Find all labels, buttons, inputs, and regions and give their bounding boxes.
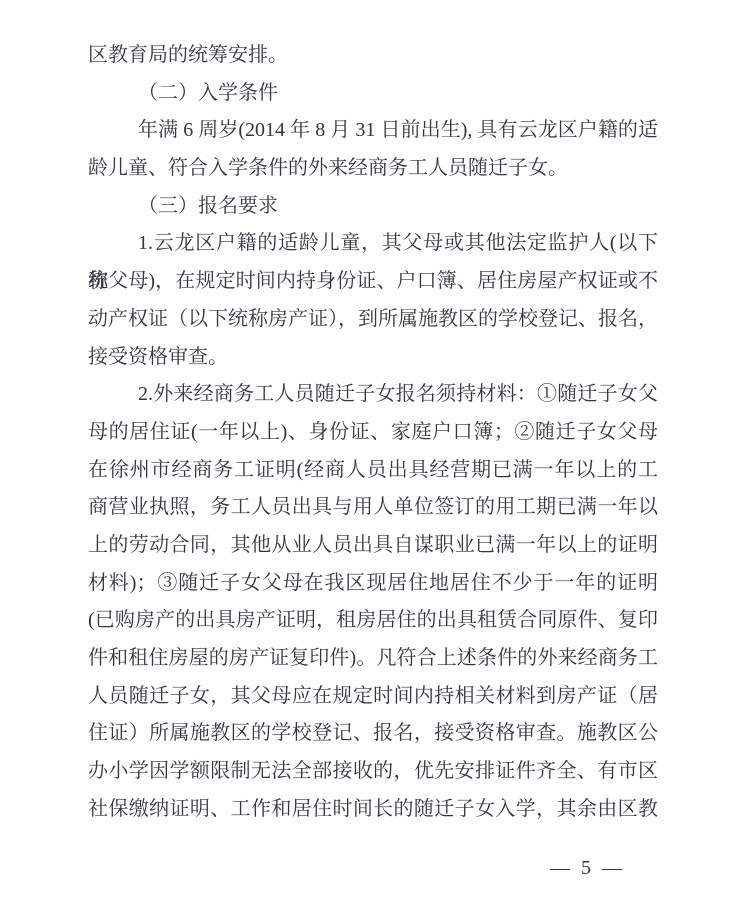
text-line: 动产权证（以下统称房产证），到所属施教区的学校登记、报名， — [88, 301, 658, 339]
text-line: 母的居住证(一年以上)、身份证、家庭户口簿；②随迁子女父母 — [88, 414, 658, 452]
document-body: 区教育局的统筹安排。 （二）入学条件 年满 6 周岁(2014 年 8 月 31… — [88, 37, 658, 828]
section-heading-3: （三）报名要求 — [88, 188, 658, 226]
text-line: 商营业执照，务工人员出具与用人单位签订的用工期已满一年以 — [88, 489, 658, 527]
text-line: 办小学因学额限制无法全部接收的，优先安排证件齐全、有市区 — [88, 753, 658, 791]
text-line: 年满 6 周岁(2014 年 8 月 31 日前出生), 具有云龙区户籍的适 — [88, 112, 658, 150]
text-line: 2.外来经商务工人员随迁子女报名须持材料：①随迁子女父 — [88, 376, 658, 414]
text-line: 住证）所属施教区的学校登记、报名，接受资格审查。施教区公 — [88, 715, 658, 753]
text-line: 龄儿童、符合入学条件的外来经商务工人员随迁子女。 — [88, 150, 658, 188]
text-line: 区教育局的统筹安排。 — [88, 37, 658, 75]
section-heading-2: （二）入学条件 — [88, 75, 658, 113]
text-line: 在徐州市经商务工证明(经商人员出具经营期已满一年以上的工 — [88, 452, 658, 490]
text-line: 件和租住房屋的房产证复印件)。凡符合上述条件的外来经商务工 — [88, 640, 658, 678]
text-line: 1.云龙区户籍的适龄儿童，其父母或其他法定监护人(以下统 — [88, 225, 658, 263]
text-line: 上的劳动合同，其他从业人员出具自谋职业已满一年以上的证明 — [88, 527, 658, 565]
text-line: 人员随迁子女，其父母应在规定时间内持相关材料到房产证（居 — [88, 678, 658, 716]
page-number: — 5 — — [550, 857, 630, 880]
text-line: 社保缴纳证明、工作和居住时间长的随迁子女入学，其余由区教 — [88, 791, 658, 829]
document-page: 区教育局的统筹安排。 （二）入学条件 年满 6 周岁(2014 年 8 月 31… — [0, 0, 742, 905]
text-line: 材料)；③随迁子女父母在我区现居住地居住不少于一年的证明 — [88, 565, 658, 603]
text-line: 接受资格审查。 — [88, 339, 658, 377]
text-line: (已购房产的出具房产证明，租房居住的出具租赁合同原件、复印 — [88, 602, 658, 640]
text-line: 称父母)，在规定时间内持身份证、户口簿、居住房屋产权证或不 — [88, 263, 658, 301]
